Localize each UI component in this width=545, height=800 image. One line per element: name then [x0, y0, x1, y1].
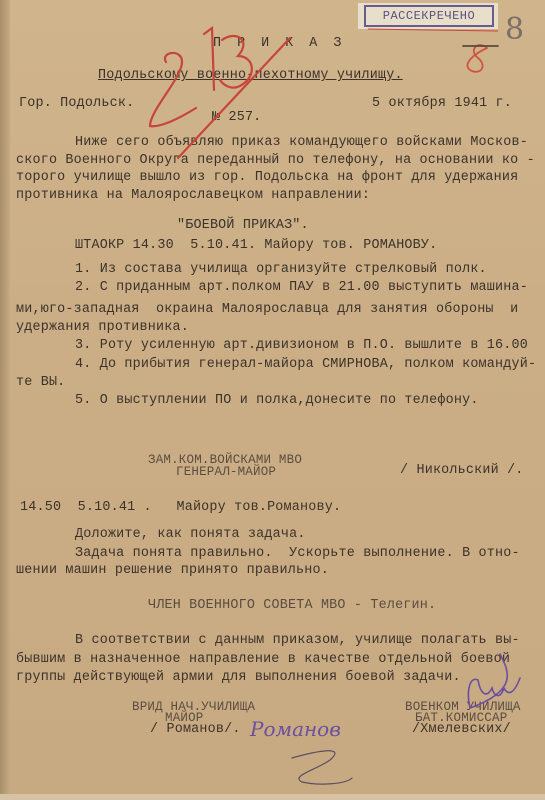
order-item: 5. О выступлении ПО и полка,донесите по …: [75, 393, 479, 409]
conclusion-line: группы действующей армии для выполнения …: [16, 670, 461, 686]
handwritten-page-number: 8: [505, 12, 524, 47]
message-line: шении машин решение принято правильно.: [16, 563, 329, 579]
order-item: те ВЫ.: [16, 375, 65, 391]
city: Гор. Подольск.: [19, 96, 134, 112]
conclusion-line: В соответствии с данным приказом, училищ…: [75, 633, 520, 649]
paper-bottom-edge: [0, 794, 545, 800]
combat-order-title: "БОЕВОЙ ПРИКАЗ".: [177, 218, 309, 234]
intro-line: противника на Малоярославецком направлен…: [16, 188, 370, 204]
conclusion-line: бывшим в назначенное направление в качес…: [16, 652, 510, 668]
order-item: 1. Из состава училища организуйте стрелк…: [75, 262, 487, 278]
right-signer-name: /Хмелевских/: [412, 722, 511, 738]
handwritten-signature-romanov: Романов: [250, 717, 341, 741]
message-line: Задача понята правильно. Ускорьте выполн…: [75, 546, 520, 562]
addressee: Подольскому военно-пехотному училищу.: [98, 68, 403, 84]
intro-line: Ниже сего объявляю приказ командующего в…: [75, 135, 528, 151]
intro-line: ского Военного Округа переданный по теле…: [16, 153, 535, 169]
message-line: Доложите, как понята задача.: [75, 527, 306, 543]
order-item: 3. Роту усиленную арт.дивизионом в П.О. …: [75, 338, 528, 354]
order-item: удержания противника.: [16, 320, 189, 336]
order-item: 2. С приданным арт.полком ПАУ в 21.00 вы…: [75, 280, 528, 296]
combat-order-heading: ШТАОКР 14.30 5.10.41. Майору тов. РОМАНО…: [75, 238, 437, 254]
left-signer-name: / Романов/.: [150, 722, 241, 738]
council-member: ЧЛЕН ВОЕННОГО СОВЕТА МВО - Телегин.: [148, 598, 436, 614]
stamp-label: РАССЕКРЕЧЕНО: [383, 9, 475, 23]
order-item: 4. До прибытия генерал-майора СМИРНОВА, …: [75, 357, 536, 373]
signer-name: / Никольский /.: [400, 463, 524, 479]
order-title: П Р И К А З: [213, 36, 345, 52]
order-number: № 257.: [212, 110, 261, 126]
declassified-stamp: РАССЕКРЕЧЕНО: [364, 5, 494, 27]
paper-left-edge: [0, 0, 10, 800]
message-heading: 14.50 5.10.41 . Майору тов.Романову.: [20, 500, 341, 516]
signer-rank: ГЕНЕРАЛ-МАЙОР: [176, 464, 276, 480]
order-item: ми,юго-западная окраина Малоярославца дл…: [16, 302, 518, 318]
intro-line: торого училище вышло из гор. Подольска н…: [16, 170, 518, 186]
order-date: 5 октября 1941 г.: [372, 96, 512, 112]
